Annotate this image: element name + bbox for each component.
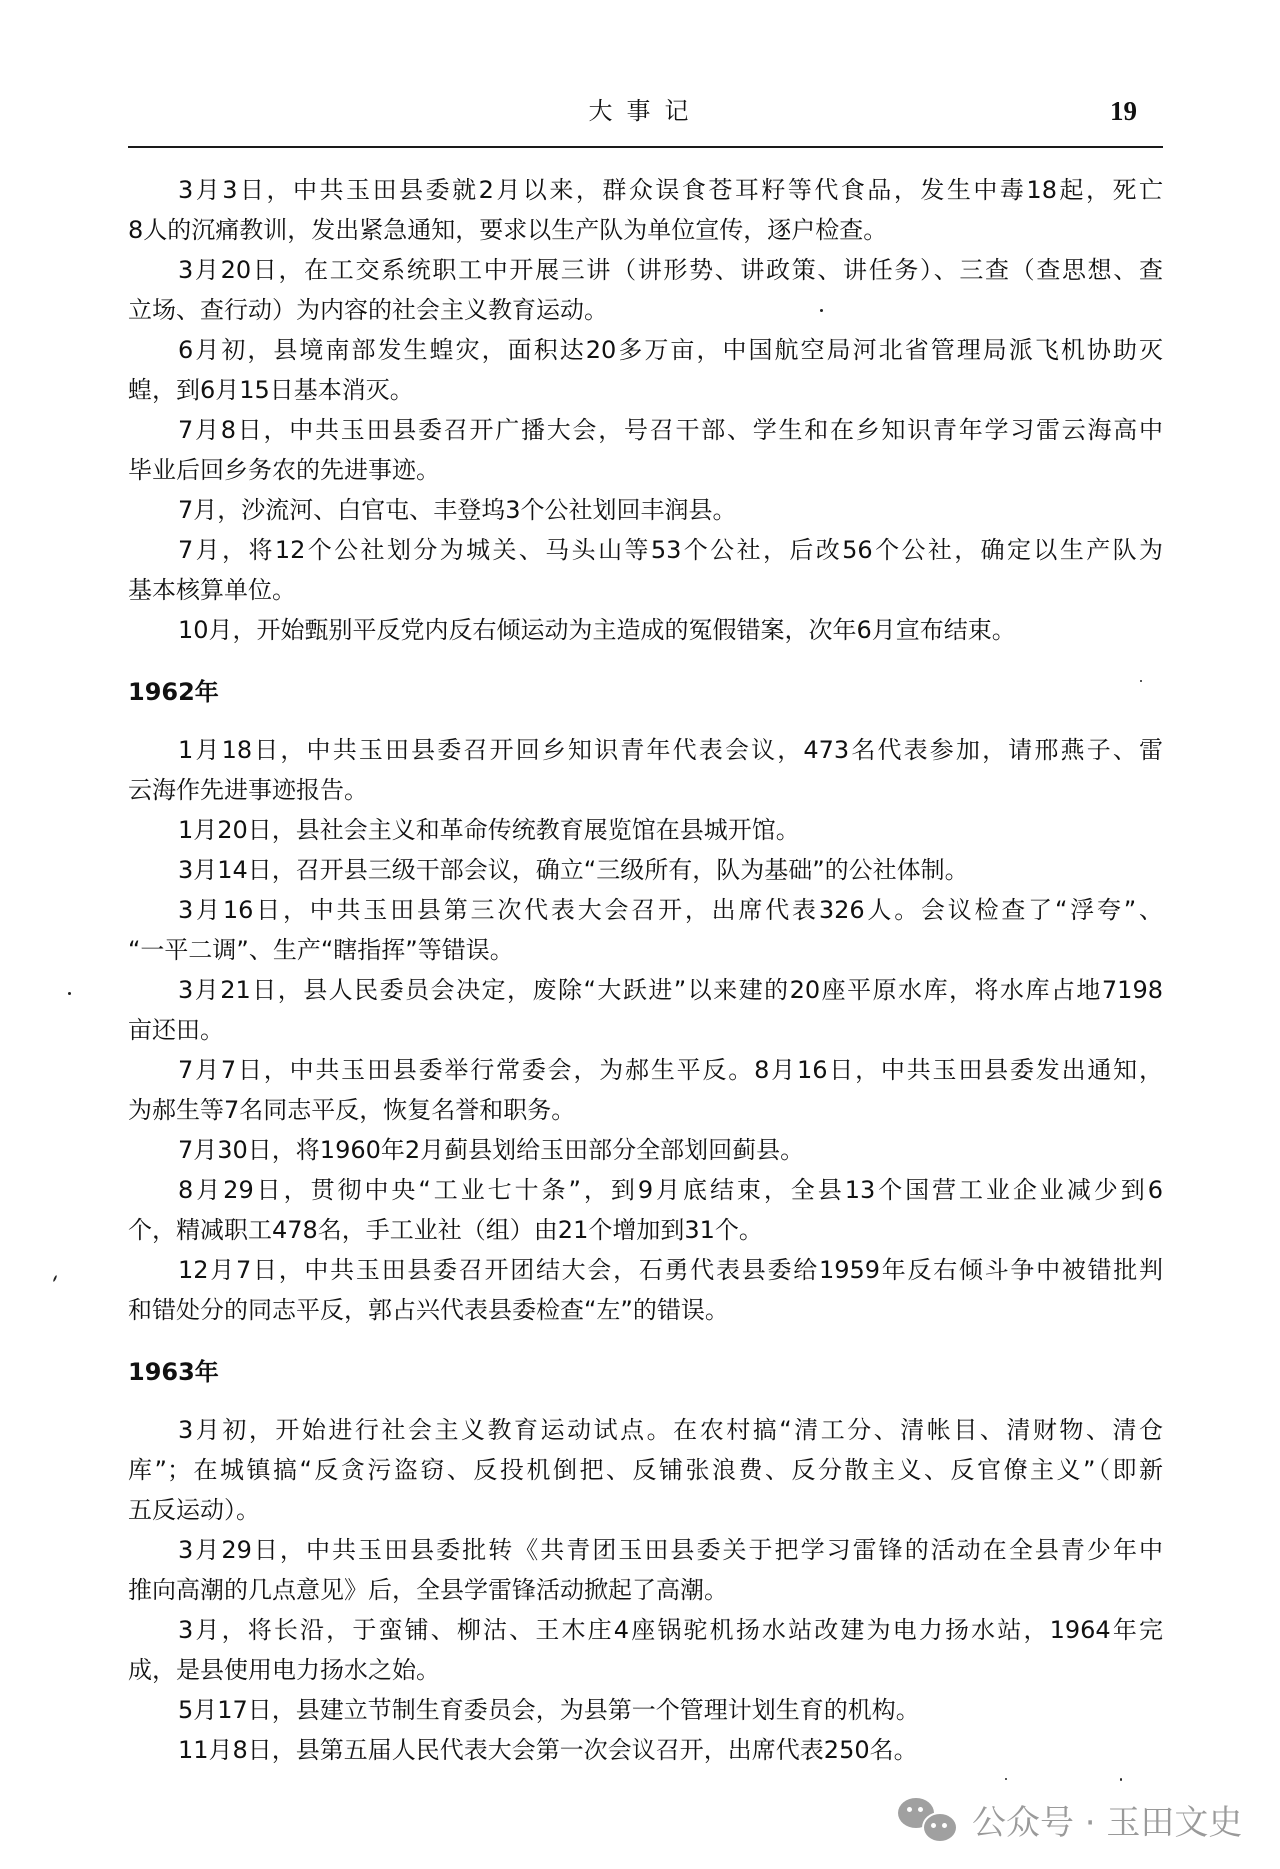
chronicle-entry: 7月，沙流河、白官屯、丰登坞3个公社划回丰润县。: [128, 490, 1163, 530]
entry-line: 7月8日，中共玉田县委召开广播大会，号召干部、学生和在乡知识青年学习雷云海高中: [128, 410, 1163, 450]
year-heading: 1963年: [128, 1352, 1163, 1392]
year-section: 1962年1月18日，中共玉田县委召开回乡知识青年代表会议，473名代表参加，请…: [128, 672, 1163, 1330]
entry-line: 7月，将12个公社划分为城关、马头山等53个公社，后改56个公社，确定以生产队为: [128, 530, 1163, 570]
entry-line: 3月，将长沿，于蛮铺、柳沽、王木庄4座锅驼机扬水站改建为电力扬水站，1964年完: [128, 1610, 1163, 1650]
scan-speck: [820, 309, 823, 312]
entry-line: 8人的沉痛教训，发出紧急通知，要求以生产队为单位宣传，逐户检查。: [128, 210, 1163, 250]
entry-line: 7月30日，将1960年2月蓟县划给玉田部分全部划回蓟县。: [128, 1130, 1163, 1170]
entry-line: 1月18日，中共玉田县委召开回乡知识青年代表会议，473名代表参加，请邢燕子、雷: [128, 730, 1163, 770]
entry-line: 五反运动）。: [128, 1490, 1163, 1530]
entry-line: 7月，沙流河、白官屯、丰登坞3个公社划回丰润县。: [128, 490, 1163, 530]
entry-line: 基本核算单位。: [128, 570, 1163, 610]
entry-line: 亩还田。: [128, 1010, 1163, 1050]
entry-line: 库”；在城镇搞“反贪污盗窃、反投机倒把、反铺张浪费、反分散主义、反官僚主义”（即…: [128, 1450, 1163, 1490]
chronicle-entry: 7月，将12个公社划分为城关、马头山等53个公社，后改56个公社，确定以生产队为…: [128, 530, 1163, 610]
entry-line: 蝗，到6月15日基本消灭。: [128, 370, 1163, 410]
chronicle-entry: 3月，将长沿，于蛮铺、柳沽、王木庄4座锅驼机扬水站改建为电力扬水站，1964年完…: [128, 1610, 1163, 1690]
scan-speck: [1005, 1778, 1007, 1780]
entry-line: 3月16日，中共玉田县第三次代表大会召开，出席代表326人。会议检查了“浮夸”、: [128, 890, 1163, 930]
scan-speck: [1120, 1778, 1122, 1781]
chronicle-entry: 3月21日，县人民委员会决定，废除“大跃进”以来建的20座平原水库，将水库占地7…: [128, 970, 1163, 1050]
chronicle-entry: 7月8日，中共玉田县委召开广播大会，号召干部、学生和在乡知识青年学习雷云海高中毕…: [128, 410, 1163, 490]
page-number: 19: [1110, 96, 1137, 126]
page-header: 大事记 19: [128, 96, 1163, 136]
scan-speck: [68, 992, 71, 995]
chronicle-entry: 3月初，开始进行社会主义教育运动试点。在农村搞“清工分、清帐目、清财物、清仓库”…: [128, 1410, 1163, 1530]
chronicle-entry: 6月初，县境南部发生蝗灾，面积达20多万亩，中国航空局河北省管理局派飞机协助灭蝗…: [128, 330, 1163, 410]
scan-speck: [53, 1275, 58, 1282]
scan-speck: [1140, 680, 1142, 682]
chronicle-entry: 10月，开始甄别平反党内反右倾运动为主造成的冤假错案，次年6月宣布结束。: [128, 610, 1163, 650]
entry-line: 11月8日，县第五届人民代表大会第一次会议召开，出席代表250名。: [128, 1730, 1163, 1770]
chronicle-entry: 12月7日，中共玉田县委召开团结大会，石勇代表县委给1959年反右倾斗争中被错批…: [128, 1250, 1163, 1330]
entry-line: 云海作先进事迹报告。: [128, 770, 1163, 810]
entry-line: 成，是县使用电力扬水之始。: [128, 1650, 1163, 1690]
chronicle-entry: 3月14日，召开县三级干部会议，确立“三级所有，队为基础”的公社体制。: [128, 850, 1163, 890]
entry-line: 8月29日，贯彻中央“工业七十条”，到9月底结束，全县13个国营工业企业减少到6: [128, 1170, 1163, 1210]
entry-line: 立场、查行动）为内容的社会主义教育运动。: [128, 290, 1163, 330]
chronicle-entry: 3月3日，中共玉田县委就2月以来，群众误食苍耳籽等代食品，发生中毒18起，死亡8…: [128, 170, 1163, 250]
chronicle-entry: 7月30日，将1960年2月蓟县划给玉田部分全部划回蓟县。: [128, 1130, 1163, 1170]
header-rule: [128, 146, 1163, 148]
entry-line: 10月，开始甄别平反党内反右倾运动为主造成的冤假错案，次年6月宣布结束。: [128, 610, 1163, 650]
chronicle-entry: 7月7日，中共玉田县委举行常委会，为郝生平反。8月16日，中共玉田县委发出通知，…: [128, 1050, 1163, 1130]
chronicle-entry: 8月29日，贯彻中央“工业七十条”，到9月底结束，全县13个国营工业企业减少到6…: [128, 1170, 1163, 1250]
entry-line: 12月7日，中共玉田县委召开团结大会，石勇代表县委给1959年反右倾斗争中被错批…: [128, 1250, 1163, 1290]
chronicle-entry: 5月17日，县建立节制生育委员会，为县第一个管理计划生育的机构。: [128, 1690, 1163, 1730]
entry-line: 3月14日，召开县三级干部会议，确立“三级所有，队为基础”的公社体制。: [128, 850, 1163, 890]
year-section: 1963年3月初，开始进行社会主义教育运动试点。在农村搞“清工分、清帐目、清财物…: [128, 1352, 1163, 1770]
chronicle-entry: 3月16日，中共玉田县第三次代表大会召开，出席代表326人。会议检查了“浮夸”、…: [128, 890, 1163, 970]
entry-line: 个，精减职工478名，手工业社（组）由21个增加到31个。: [128, 1210, 1163, 1250]
entry-line: 3月29日，中共玉田县委批转《共青团玉田县委关于把学习雷锋的活动在全县青少年中: [128, 1530, 1163, 1570]
entry-line: 6月初，县境南部发生蝗灾，面积达20多万亩，中国航空局河北省管理局派飞机协助灭: [128, 330, 1163, 370]
chronicle-body: 3月3日，中共玉田县委就2月以来，群众误食苍耳籽等代食品，发生中毒18起，死亡8…: [128, 170, 1163, 1770]
year-heading: 1962年: [128, 672, 1163, 712]
chronicle-entry: 1月18日，中共玉田县委召开回乡知识青年代表会议，473名代表参加，请邢燕子、雷…: [128, 730, 1163, 810]
entry-line: 1月20日，县社会主义和革命传统教育展览馆在县城开馆。: [128, 810, 1163, 850]
chronicle-entry: 3月20日，在工交系统职工中开展三讲（讲形势、讲政策、讲任务）、三查（查思想、查…: [128, 250, 1163, 330]
entry-line: 3月初，开始进行社会主义教育运动试点。在农村搞“清工分、清帐目、清财物、清仓: [128, 1410, 1163, 1450]
entry-line: 为郝生等7名同志平反，恢复名誉和职务。: [128, 1090, 1163, 1130]
entry-line: 3月20日，在工交系统职工中开展三讲（讲形势、讲政策、讲任务）、三查（查思想、查: [128, 250, 1163, 290]
entry-line: 7月7日，中共玉田县委举行常委会，为郝生平反。8月16日，中共玉田县委发出通知，: [128, 1050, 1163, 1090]
chronicle-entry: 3月29日，中共玉田县委批转《共青团玉田县委关于把学习雷锋的活动在全县青少年中推…: [128, 1530, 1163, 1610]
entry-line: 毕业后回乡务农的先进事迹。: [128, 450, 1163, 490]
chronicle-entry: 1月20日，县社会主义和革命传统教育展览馆在县城开馆。: [128, 810, 1163, 850]
entry-line: 推向高潮的几点意见》后，全县学雷锋活动掀起了高潮。: [128, 1570, 1163, 1610]
entry-line: 5月17日，县建立节制生育委员会，为县第一个管理计划生育的机构。: [128, 1690, 1163, 1730]
entry-line: “一平二调”、生产“瞎指挥”等错误。: [128, 930, 1163, 970]
entry-line: 3月21日，县人民委员会决定，废除“大跃进”以来建的20座平原水库，将水库占地7…: [128, 970, 1163, 1010]
chronicle-entry: 11月8日，县第五届人民代表大会第一次会议召开，出席代表250名。: [128, 1730, 1163, 1770]
year-section: 3月3日，中共玉田县委就2月以来，群众误食苍耳籽等代食品，发生中毒18起，死亡8…: [128, 170, 1163, 650]
watermark: 公众号 · 玉田文史: [898, 1796, 1242, 1842]
entry-line: 和错处分的同志平反，郭占兴代表县委检查“左”的错误。: [128, 1290, 1163, 1330]
wechat-icon: [898, 1796, 960, 1842]
watermark-text: 公众号 · 玉田文史: [972, 1795, 1242, 1844]
running-title: 大事记: [128, 96, 1163, 126]
entry-line: 3月3日，中共玉田县委就2月以来，群众误食苍耳籽等代食品，发生中毒18起，死亡: [128, 170, 1163, 210]
